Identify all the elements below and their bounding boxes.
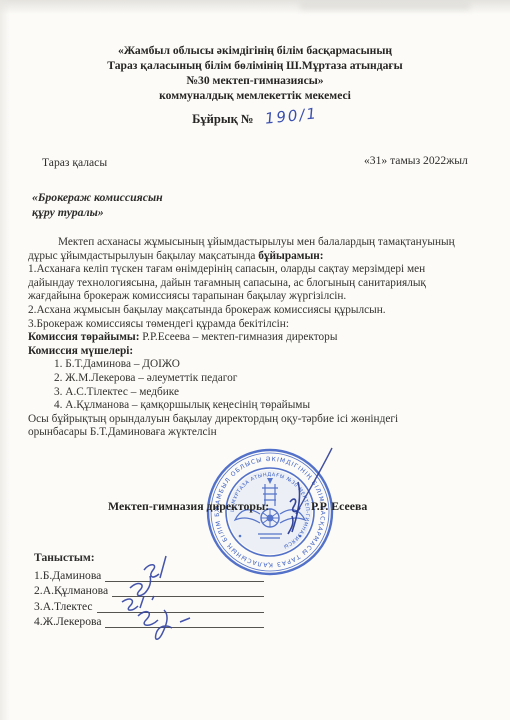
ack-row: 1.Б.Даминова: [34, 567, 264, 582]
paragraph-line: Мектеп асханасы жұмысының ұйымдастырылуы…: [28, 236, 494, 250]
subject-line-2: құру туралы»: [32, 205, 163, 220]
chair-label: Комиссия төрайымы:: [28, 331, 139, 343]
chair-value: Р.Р.Есеева – мектеп-гимназия директоры: [139, 331, 337, 343]
order-subject: «Брокераж комиссиясын құру туралы»: [32, 190, 163, 220]
paragraph-line: дұрыс ұйымдастырылуын бақылау мақсатында…: [28, 250, 494, 264]
member-row: 3. А.С.Тілектес – медбике: [28, 386, 494, 400]
org-line-3: №30 мектеп-гимназиясы»: [0, 73, 510, 88]
order-body: Мектеп асханасы жұмысының ұйымдастырылуы…: [28, 236, 494, 440]
member-row: 4. А.Құлманова – қамқоршылық кеңесінің т…: [28, 399, 494, 413]
ack-row: 3.А.Тлектес: [34, 597, 264, 612]
ack-name: 4.Ж.Лекерова: [34, 615, 105, 628]
subject-line-1: «Брокераж комиссиясын: [32, 190, 163, 205]
signature-line: [112, 584, 264, 597]
order-keyword: бұйырамын:: [258, 250, 323, 262]
item-1-line-1: 1.Асханаға келіп түскен тағам өнімдеріні…: [28, 263, 494, 277]
org-line-1: «Жамбыл облысы әкімдігінің білім басқарм…: [0, 43, 510, 58]
scan-artifact: [300, 2, 470, 10]
paragraph-text: дұрыс ұйымдастырылуын бақылау мақсатында: [28, 250, 258, 262]
org-line-2: Тараз қаласының білім бөлімінің Ш.Мұртаз…: [0, 58, 510, 73]
scanned-order-document: «Жамбыл облысы әкімдігінің білім басқарм…: [0, 0, 510, 720]
ack-name: 2.А.Құлманова: [34, 584, 112, 597]
member-row: 1. Б.Т.Даминова – ДОІЖО: [28, 358, 494, 372]
signature-line: [97, 600, 264, 613]
city-label: Тараз қаласы: [42, 156, 107, 169]
date-label: «31» тамыз 2022жыл: [364, 154, 468, 167]
director-name: Р.Р. Есеева: [311, 499, 367, 514]
ack-name: 3.А.Тлектес: [34, 600, 97, 613]
organization-header: «Жамбыл облысы әкімдігінің білім басқарм…: [0, 43, 510, 103]
signature-line: [105, 615, 264, 628]
signature-line: [105, 569, 264, 582]
control-line-2: орынбасары Б.Т.Даминоваға жүктелсін: [28, 426, 494, 440]
order-label: Бұйрық №: [192, 112, 253, 126]
order-number-handwriting: 190/1: [264, 104, 319, 127]
ack-name: 1.Б.Даминова: [34, 569, 105, 582]
ack-row: 2.А.Құлманова: [34, 582, 264, 597]
item-1-line-3: жағдайына брокераж комиссиясы тарапынан …: [28, 290, 494, 304]
acknowledgement-block: Таныстым: 1.Б.Даминова 2.А.Құлманова 3.А…: [34, 551, 264, 628]
item-1-line-2: дайындау технологиясына, дайын тағамның …: [28, 277, 494, 291]
item-2: 2.Асхана жұмысын бақылау мақсатында брок…: [28, 304, 494, 318]
org-line-4: коммуналдық мемлекеттік мекемесі: [0, 88, 510, 103]
control-line-1: Осы бұйрықтың орындалуын бақылау директо…: [28, 413, 494, 427]
members-heading: Комиссия мүшелері:: [28, 345, 494, 359]
acknowledgement-title: Таныстым:: [34, 551, 264, 564]
director-title: Мектеп-гимназия директоры:: [108, 499, 269, 514]
item-3: 3.Брокераж комиссиясы төмендегі құрамда …: [28, 318, 494, 332]
commission-chair-line: Комиссия төрайымы: Р.Р.Есеева – мектеп-г…: [28, 331, 494, 345]
member-row: 2. Ж.М.Лекерова – әлеуметтік педагог: [28, 372, 494, 386]
order-title-row: Бұйрық № 190/1: [0, 109, 510, 127]
director-signature-stroke: [270, 440, 350, 540]
ack-row: 4.Ж.Лекерова: [34, 613, 264, 628]
